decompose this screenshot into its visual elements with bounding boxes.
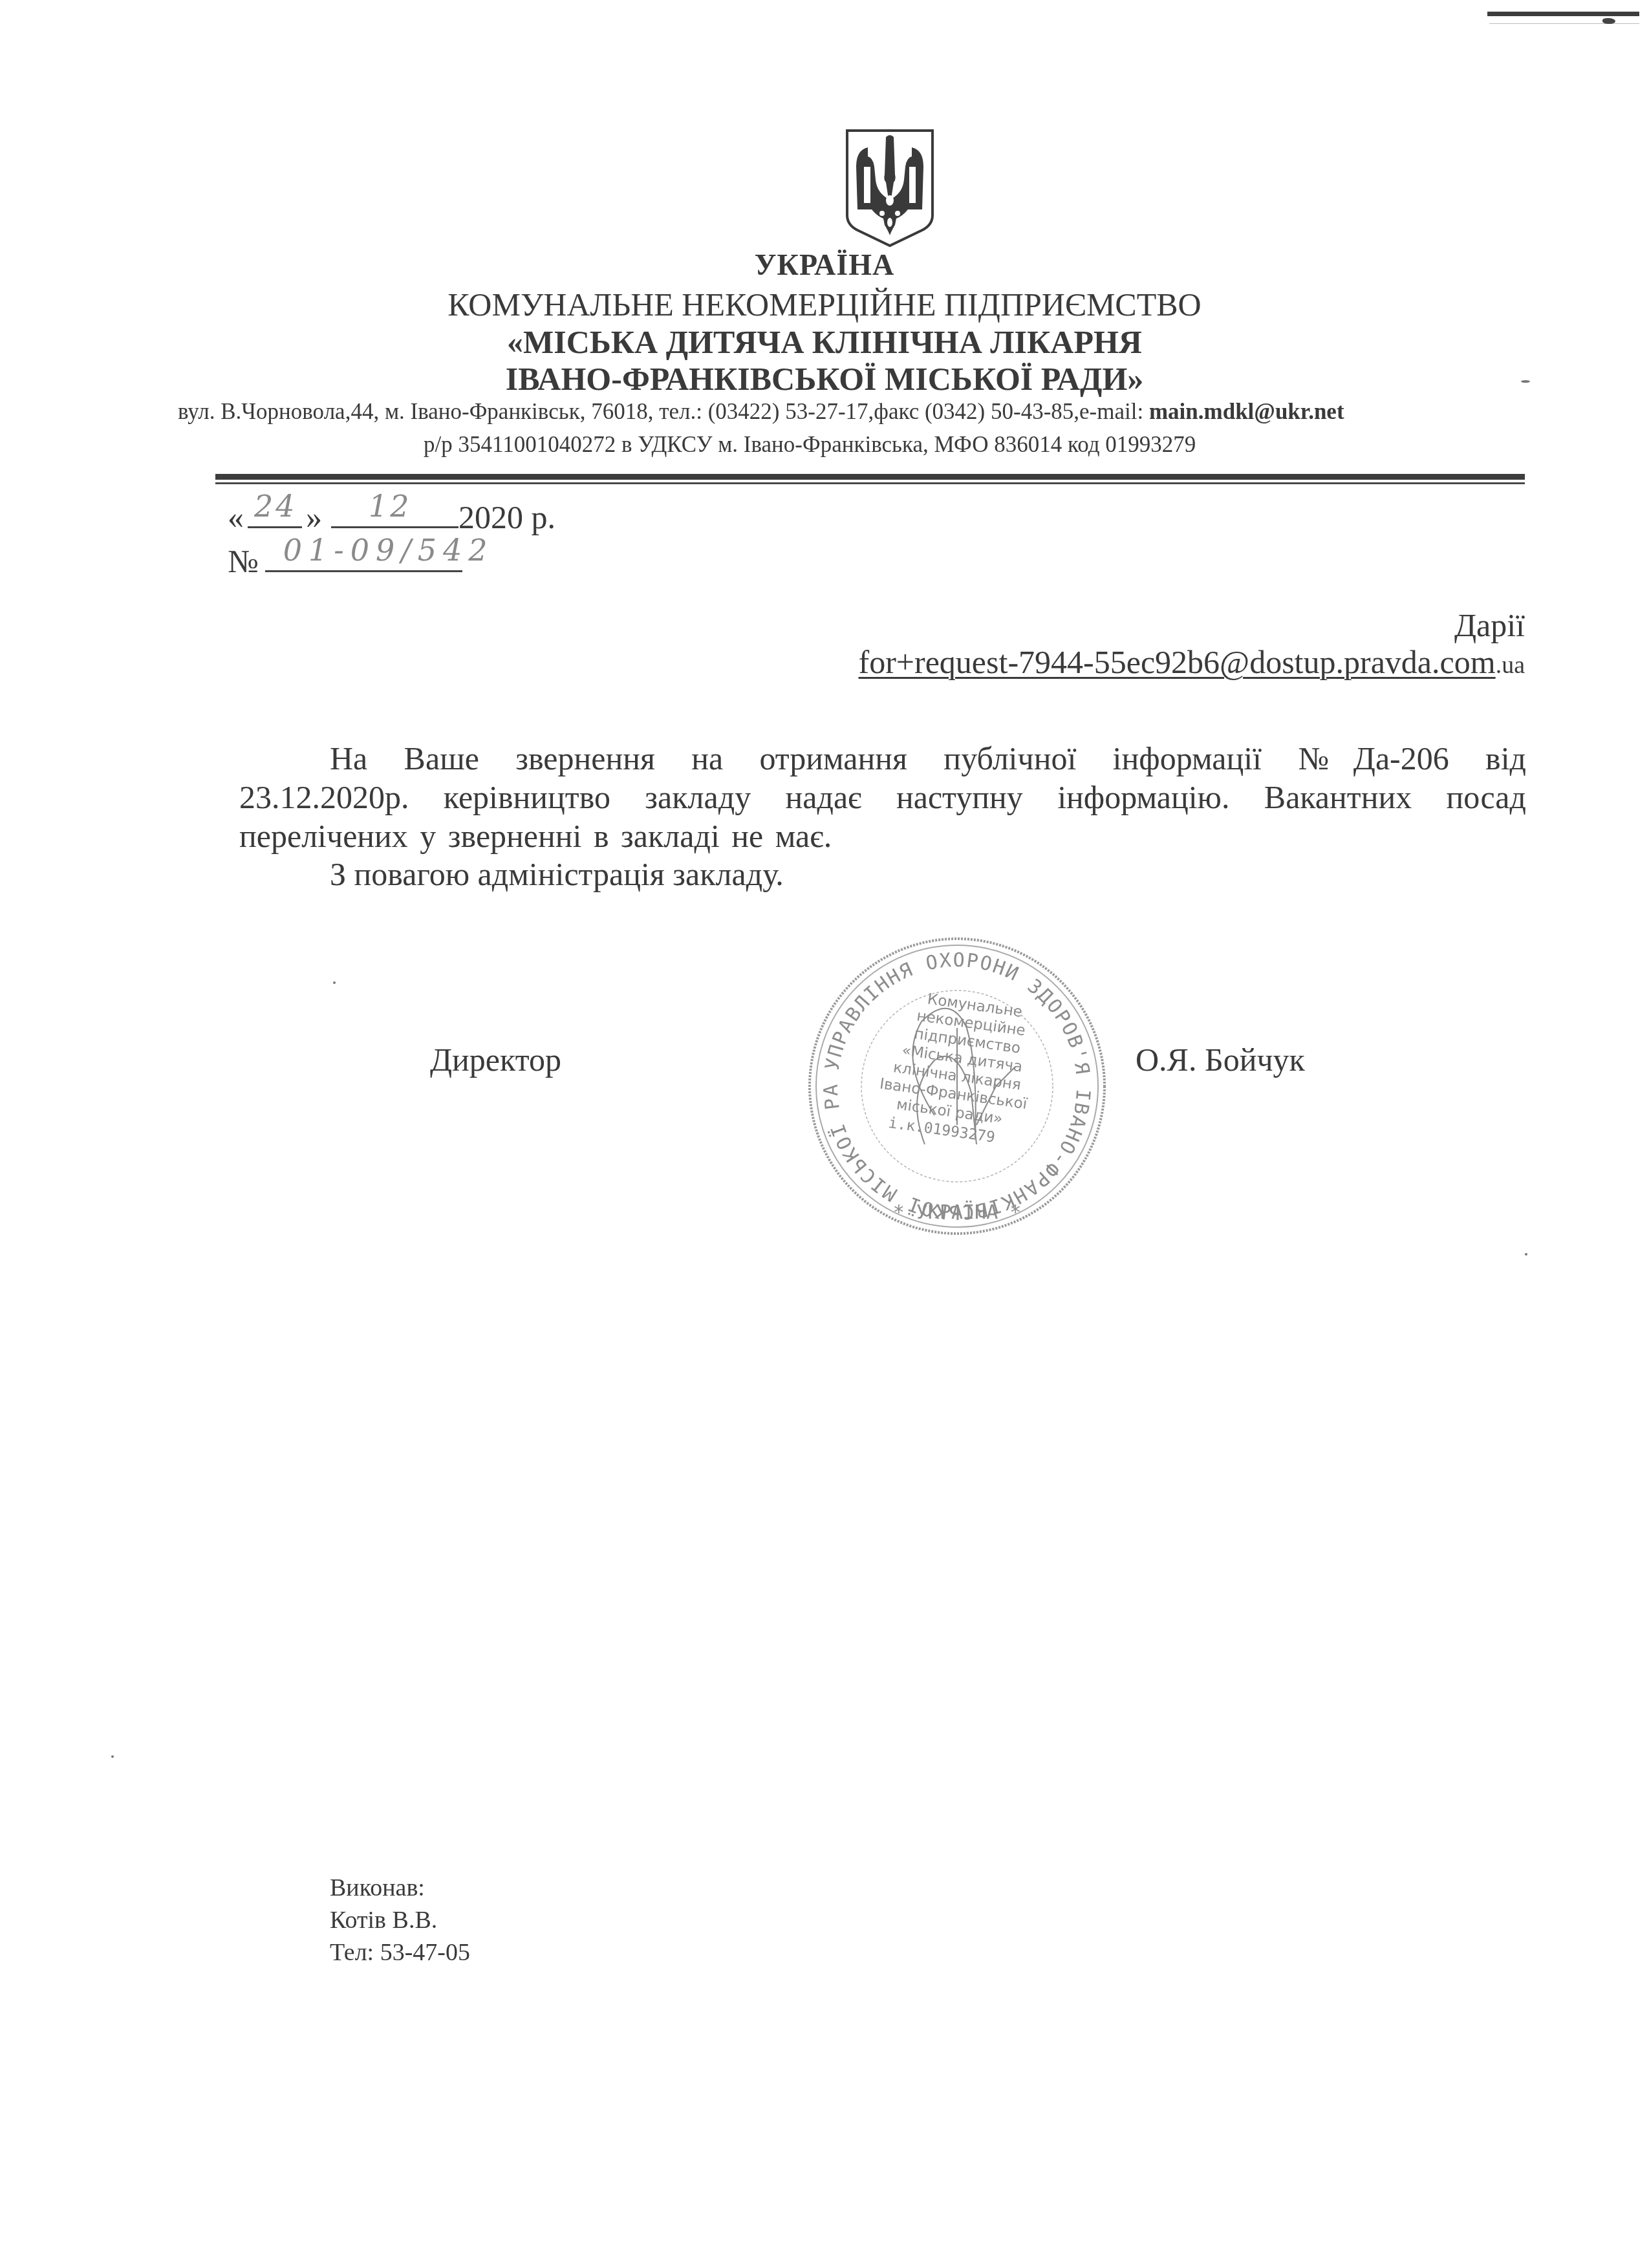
signatory-title: Директор	[430, 1041, 561, 1078]
body-line: 23.12.2020р. керівництво закладу надає н…	[239, 778, 1526, 817]
org-email: main.mdkl@ukr.net	[1149, 399, 1344, 424]
scan-speck	[111, 1755, 114, 1758]
date-open-quote: «	[228, 499, 244, 535]
date-month-field: 12	[331, 493, 458, 528]
number-field: 01-09/542	[265, 531, 462, 572]
recipient-email-tld: .ua	[1496, 652, 1525, 679]
recipient-name: Дарії	[1454, 606, 1525, 644]
letterhead-address: вул. В.Чорновола,44, м. Івано-Франківськ…	[178, 399, 1344, 425]
body-line: На Ваше звернення на отримання публічної…	[239, 739, 1526, 778]
letterhead-org-type: КОМУНАЛЬНЕ НЕКОМЕРЦІЙНЕ ПІДПРИЄМСТВО	[0, 286, 1649, 323]
document-number: №01-09/542	[228, 531, 462, 580]
letterhead-org-name-line2: ІВАНО-ФРАНКІВСЬКОЇ МІСЬКОЇ РАДИ»	[0, 360, 1649, 398]
body-line: перелічених у зверненні в закладі не має…	[239, 817, 1526, 855]
scan-speck	[333, 981, 336, 984]
document-date: «24»122020 р.	[228, 493, 555, 536]
executor-name: Котів В.В.	[330, 1904, 470, 1936]
scan-speck	[1602, 18, 1615, 24]
letterhead-divider	[215, 474, 1525, 480]
date-year: 2020 р.	[458, 499, 555, 535]
scan-edge-bar	[1487, 12, 1639, 16]
stamp-bottom-text: * УКРАЇНА *	[893, 1201, 1022, 1224]
letterhead-country: УКРАЇНА	[0, 248, 1649, 282]
date-close-quote: »	[306, 499, 322, 535]
letterhead-bank-details: р/р 35411001040272 в УДКСУ м. Івано-Фран…	[424, 432, 1196, 458]
coat-of-arms-icon	[845, 128, 935, 248]
date-day-handwritten: 24	[254, 489, 297, 524]
executor-label: Виконав:	[330, 1872, 470, 1904]
date-month-handwritten: 12	[369, 489, 412, 524]
date-day-field: 24	[248, 493, 302, 528]
recipient-email-link[interactable]: for+request-7944-55ec92b6@dostup.pravda.…	[859, 644, 1496, 680]
executor-block: Виконав: Котів В.В. Тел: 53-47-05	[330, 1872, 470, 1969]
address-text: вул. В.Чорновола,44, м. Івано-Франківськ…	[178, 399, 1149, 424]
recipient-email: for+request-7944-55ec92b6@dostup.pravda.…	[859, 643, 1525, 681]
scan-speck	[1525, 1253, 1527, 1256]
body-paragraph: На Ваше звернення на отримання публічної…	[239, 739, 1526, 855]
official-stamp-icon: УПРАВЛІННЯ ОХОРОНИ ЗДОРОВ'Я ІВАНО-ФРАНКІ…	[802, 931, 1112, 1241]
closing-line: З повагою адміністрація закладу.	[330, 855, 784, 893]
executor-phone: Тел: 53-47-05	[330, 1936, 470, 1969]
number-handwritten: 01-09/542	[283, 533, 494, 568]
letterhead-org-name-line1: «МІСЬКА ДИТЯЧА КЛІНІЧНА ЛІКАРНЯ	[0, 323, 1649, 361]
letterhead-divider-thin	[215, 482, 1525, 484]
scan-edge-line	[1489, 23, 1639, 24]
signatory-name: О.Я. Бойчук	[1136, 1041, 1305, 1078]
number-label: №	[228, 543, 259, 579]
